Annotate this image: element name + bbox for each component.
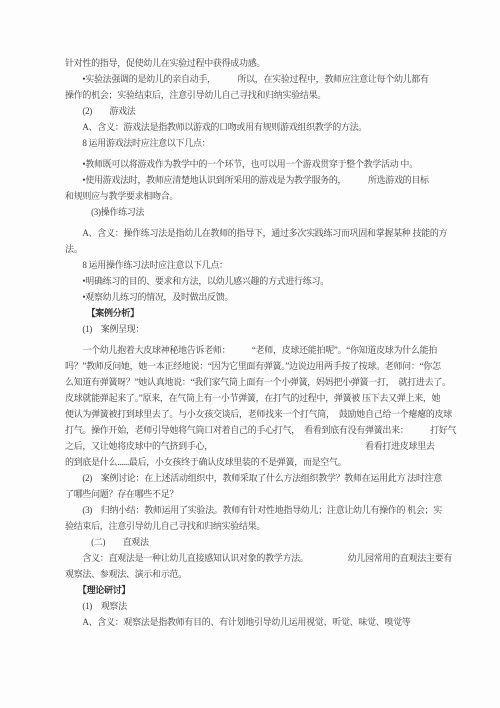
text-line: 和规则应与教学要求相吻合。 bbox=[65, 188, 450, 204]
text-line: (1) 案例呈现： bbox=[65, 321, 450, 337]
text-line: 的到底是什么......最后，小女孩终于确认皮球里装的不是弹簧，而是空气。 bbox=[65, 454, 450, 470]
document-page: 针对性的指导，促使幼儿在实验过程中获得成功感。 •实验法强调的是幼儿的亲自动手，… bbox=[0, 0, 500, 708]
text-line: •实验法强调的是幼儿的亲自动手， 所以，在实验过程中，教师应注意让每个幼儿都有 bbox=[65, 71, 450, 87]
text-line: •使用游戏法时，教师应清楚地认识到所采用的游戏是为教学服务的， 所选游戏的目标 bbox=[65, 172, 450, 188]
text-line: 便认为弹簧被打到球里去了。与小女孩交谈后，老师找来一个打气筒， 鼓励她自己给一个… bbox=[65, 406, 450, 422]
text-line: 观察法、参观法、演示和示范。 bbox=[65, 566, 450, 582]
text-line: 打气。操作开始，老师引导她将气筒口对着自己的手心打气， 看看到底有没有弹簧出来：… bbox=[65, 422, 450, 438]
text-line: 8 运用游戏法时应注意以下几点： bbox=[65, 135, 450, 151]
text-line: 【理论研讨】 bbox=[65, 582, 450, 598]
text-line: (2) 游戏法 bbox=[65, 103, 450, 119]
text-line: •观察幼儿练习的情况，及时做出反馈。 bbox=[65, 289, 450, 305]
text-line: 之后，又让她将皮球中的气挤到手心， 看看打进皮球里去 bbox=[65, 438, 450, 454]
text-line: 么知道有弹簧呀？”她认真地说：“我们家气筒上面有一个小弹簧，妈妈把小弹簧一打， … bbox=[65, 374, 450, 390]
text-line: 验结束后，注意引导幼儿自己寻找和归纳实验结果。 bbox=[65, 518, 450, 534]
text-line: 操作的机会；实验结束后，注意引导幼儿自己寻找和归纳实验结果。 bbox=[65, 87, 450, 103]
text-line: 了哪些问题？存在哪些不足？ bbox=[65, 486, 450, 502]
text-line: A、含义：观察法是指教师有目的、有计划地引导幼儿运用视觉、听觉、味觉、嗅觉等 bbox=[65, 614, 450, 630]
text-line: (二) 直观法 bbox=[65, 534, 450, 550]
text-line: 法。 bbox=[65, 241, 450, 257]
text-line: (2) 案例讨论：在上述活动组织中，教师采取了什么方法组织教学？教师在运用此方 … bbox=[65, 470, 450, 486]
text-line: 含义：直观法是一种让幼儿直接感知认识对象的教学方法。 幼儿园常用的直观法主要有 bbox=[65, 550, 450, 566]
text-line: 【案例分析】 bbox=[65, 305, 450, 321]
text-line: A、含义：操作练习法是指幼儿在教师的指导下，通过多次实践练习而巩固和掌握某种 技… bbox=[65, 225, 450, 241]
text-line: •教师既可以将游戏作为教学中的一个环节，也可以用一个游戏贯穿于整个教学活动 中。 bbox=[65, 156, 450, 172]
text-line: (1) 观察法 bbox=[65, 598, 450, 614]
text-line: A、含义：游戏法是指教师以游戏的口吻或用有规则游戏组织教学的方法。 bbox=[65, 119, 450, 135]
text-line: 皮球就能弹起来了。”原来，在气筒上有一小节弹簧，在打气的过程中，弹簧被 压下去又… bbox=[65, 390, 450, 406]
text-line: 针对性的指导，促使幼儿在实验过程中获得成功感。 bbox=[65, 55, 450, 71]
document-body: 针对性的指导，促使幼儿在实验过程中获得成功感。 •实验法强调的是幼儿的亲自动手，… bbox=[0, 0, 500, 630]
text-line: (3)操作练习法 bbox=[65, 204, 450, 220]
text-line: 吗？”教师反问她，她一本正经地说：“因为它里面有弹簧。”边说边用两手按了按球。老… bbox=[65, 358, 450, 374]
text-line: 8 运用操作练习法时应注意以下几点： bbox=[65, 257, 450, 273]
text-line: 一个幼儿抱着大皮球神秘地告诉老师： “老师，皮球还能拍呢”。“你知道皮球为什么能… bbox=[65, 342, 450, 358]
text-line: •明确练习的目的、要求和方法，以幼儿感兴趣的方式进行练习。 bbox=[65, 273, 450, 289]
text-line: (3) 归纳小结：教师运用了实验法。教师有针对性地指导幼儿；注意让幼儿有操作的 … bbox=[65, 502, 450, 518]
